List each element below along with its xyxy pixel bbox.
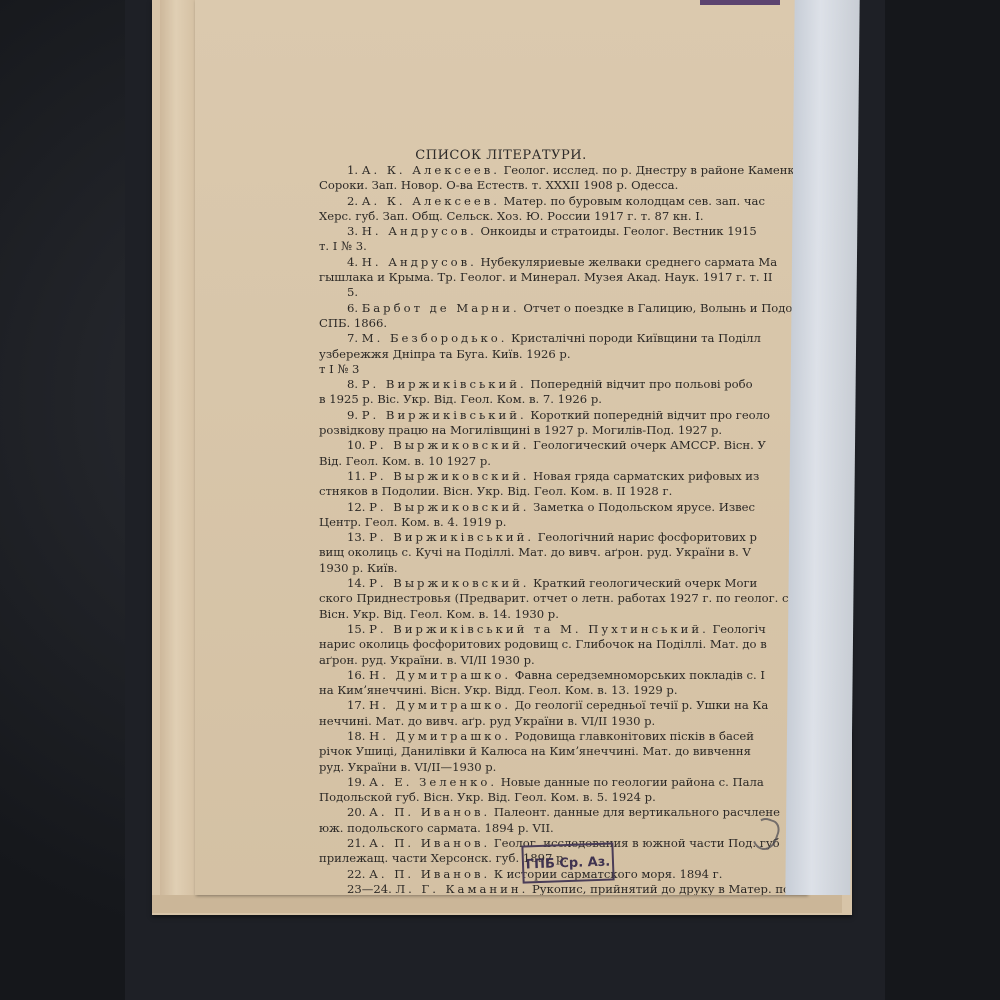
reference-continuation: на Кимʼянеччині. Вісн. Укр. Відд. Геол. … <box>319 683 793 698</box>
reference-author: Н. Андрусов. <box>362 255 477 269</box>
reference-entry: 15. Р. Виржиківський та М. Пухтинський. … <box>319 622 793 637</box>
reference-number: 15. <box>347 622 369 636</box>
reference-text: Новая гряда сарматских рифовых из <box>530 469 760 483</box>
reference-text: Геологіч <box>709 622 766 636</box>
reference-text: Новые данные по геологии района с. Пала <box>497 775 764 789</box>
reference-author: А. П. Иванов. <box>369 836 490 850</box>
reference-text: Онкоиды и стратоиды. Геолог. Вестник 191… <box>477 224 757 238</box>
page-text-area: 1. А. К. Алексеев. Геолог. исслед. по р.… <box>195 0 793 895</box>
reference-continuation: Від. Геол. Ком. в. 10 1927 р. <box>319 454 793 469</box>
reference-author: Р. Выржиковский. <box>369 438 529 452</box>
reference-entry: 19. А. Е. Зеленко. Новые данные по геоло… <box>319 775 793 790</box>
reference-continuation: узбережжя Дніпра та Буга. Київ. 1926 р. <box>319 347 793 362</box>
reference-text: Заметка о Подольском ярусе. Извес <box>530 500 756 514</box>
reference-number: 8. <box>347 377 362 391</box>
reference-continuation: нарис околиць фосфоритових родовищ с. Гл… <box>319 637 793 652</box>
reference-author: Л. Г. Каманин. <box>395 882 528 895</box>
reference-continuation: Вісн. Укр. Від. Геол. Ком. в. 14. 1930 р… <box>319 607 793 622</box>
reference-entry: 23—24. Л. Г. Каманин. Рукопис, прийнятий… <box>319 882 793 895</box>
reference-entry: 17. Н. Думитрашко. До геології середньої… <box>319 698 793 713</box>
reference-continuation: в 1925 р. Віс. Укр. Від. Геол. Ком. в. 7… <box>319 392 793 407</box>
reference-entry: 7. М. Безбородько. Кристалічні породи Ки… <box>319 331 793 346</box>
reference-entry: 11. Р. Выржиковский. Новая гряда сарматс… <box>319 469 793 484</box>
reference-author: Р. Выржиковский. <box>369 576 529 590</box>
reference-number: 23—24. <box>347 882 395 895</box>
reference-continuation: Центр. Геол. Ком. в. 4. 1919 р. <box>319 515 793 530</box>
reference-author: А. П. Иванов. <box>369 805 490 819</box>
blue-paper-strip <box>785 0 859 895</box>
reference-number: 5. <box>347 285 358 299</box>
reference-entry: 20. А. П. Иванов. Палеонт. данные для ве… <box>319 805 793 820</box>
reference-entry: 9. Р. Виржиківський. Короткий попередній… <box>319 408 793 423</box>
reference-author: А. Е. Зеленко. <box>369 775 497 789</box>
reference-text: Короткий попередній відчит про геоло <box>527 408 770 422</box>
reference-entry: 8. Р. Виржиківський. Попередній відчит п… <box>319 377 793 392</box>
reference-text: Палеонт. данные для вертикального расчле… <box>490 805 780 819</box>
reference-number: 18. <box>347 729 369 743</box>
reference-entry: 18. Н. Думитрашко. Родовища главконітови… <box>319 729 793 744</box>
reference-text: До геології середньої течії р. Ушки на К… <box>511 698 768 712</box>
reference-author: А. К. Алексеев. <box>362 163 500 177</box>
reference-text: Краткий геологический очерк Моги <box>530 576 758 590</box>
reference-number: 21. <box>347 836 369 850</box>
reference-entry: 6. Барбот де Марни. Отчет о поездке в Га… <box>319 301 793 316</box>
reference-entry: 3. Н. Андрусов. Онкоиды и стратоиды. Гео… <box>319 224 793 239</box>
reference-continuation: річок Ушиці, Данилівки й Калюса на Кимʼя… <box>319 744 793 759</box>
reference-text: Попередній відчит про польові робо <box>527 377 753 391</box>
reference-author: Н. Андрусов. <box>362 224 477 238</box>
reference-number: 16. <box>347 668 369 682</box>
reference-number: 12. <box>347 500 369 514</box>
reference-author: Р. Выржиковский. <box>369 500 529 514</box>
reference-author: Н. Думитрашко. <box>369 698 511 712</box>
reference-continuation: гышлака и Крыма. Тр. Геолог. и Минерал. … <box>319 270 793 285</box>
purple-tab <box>700 0 780 5</box>
page-bottom-edge <box>152 895 842 913</box>
reference-entry: 2. А. К. Алексеев. Матер. по буровым кол… <box>319 194 793 209</box>
reference-continuation: юж. подольского сармата. 1894 р. VII. <box>319 821 793 836</box>
reference-continuation: руд. України в. VI/II—1930 р. <box>319 760 793 775</box>
reference-continuation: СПБ. 1866. <box>319 316 793 331</box>
reference-continuation: ского Приднестровья (Предварит. отчет о … <box>319 591 793 606</box>
reference-number: 22. <box>347 867 369 881</box>
reference-number: 9. <box>347 408 362 422</box>
reference-text: Геолог. исслед. по р. Днестру в районе К… <box>500 163 793 177</box>
reference-number: 17. <box>347 698 369 712</box>
reference-entry: 13. Р. Виржиківський. Геологічний нарис … <box>319 530 793 545</box>
reference-number: 2. <box>347 194 362 208</box>
reference-continuation: Херс. губ. Зап. Общ. Сельск. Хоз. Ю. Рос… <box>319 209 793 224</box>
reference-text: Геологічний нарис фосфоритових р <box>534 530 757 544</box>
reference-continuation: Подольской губ. Вісн. Укр. Від. Геол. Ко… <box>319 790 793 805</box>
reference-author: Барбот де Марни. <box>362 301 520 315</box>
reference-text: Нубекуляриевые желваки среднего сармата … <box>477 255 777 269</box>
reference-author: Н. Думитрашко. <box>369 729 511 743</box>
reference-continuation: Сороки. Зап. Новор. О-ва Естеств. т. XXX… <box>319 178 793 193</box>
reference-number: 11. <box>347 469 369 483</box>
reference-number: 4. <box>347 255 362 269</box>
reference-list: 1. А. К. Алексеев. Геолог. исслед. по р.… <box>319 163 793 895</box>
reference-continuation: розвідкову працю на Могилівщині в 1927 р… <box>319 423 793 438</box>
reference-number: 13. <box>347 530 369 544</box>
reference-number: 19. <box>347 775 369 789</box>
library-stamp: ГПБ Ср. Аз. <box>521 842 614 883</box>
reference-continuation: т. I № 3. <box>319 239 793 254</box>
reference-text: Отчет о поездке в Галицию, Волынь и Подо… <box>520 301 793 315</box>
reference-number: 7. <box>347 331 362 345</box>
reference-number: 1. <box>347 163 362 177</box>
reference-number: 6. <box>347 301 362 315</box>
reference-author: Р. Виржиківський. <box>362 408 527 422</box>
reference-continuation: 1930 р. Київ. <box>319 561 793 576</box>
reference-continuation: аґрон. руд. України. в. VI/II 1930 р. <box>319 653 793 668</box>
reference-author: А. П. Иванов. <box>369 867 490 881</box>
reference-entry: 12. Р. Выржиковский. Заметка о Подольско… <box>319 500 793 515</box>
reference-continuation: стняков в Подолии. Вісн. Укр. Від. Геол.… <box>319 484 793 499</box>
reference-entry: 14. Р. Выржиковский. Краткий геологическ… <box>319 576 793 591</box>
reference-entry: 1. А. К. Алексеев. Геолог. исслед. по р.… <box>319 163 793 178</box>
reference-number: 10. <box>347 438 369 452</box>
reference-author: Р. Виржиківський. <box>369 530 534 544</box>
reference-author: А. К. Алексеев. <box>362 194 500 208</box>
reference-author: Р. Виржиківський. <box>362 377 527 391</box>
reference-author: Н. Думитрашко. <box>369 668 511 682</box>
reference-text: Рукопис, прийнятий до друку в Матер. по <box>528 882 790 895</box>
reference-text: Матер. по буровым колодцам сев. зап. час <box>500 194 765 208</box>
reference-text: Родовища главконітових пісків в басей <box>511 729 754 743</box>
reference-entry: 10. Р. Выржиковский. Геологический очерк… <box>319 438 793 453</box>
reference-text: Кристалічні породи Київщини та Поділл <box>507 331 760 345</box>
reference-entry: 16. Н. Думитрашко. Фавна середземноморсь… <box>319 668 793 683</box>
reference-author: М. Безбородько. <box>362 331 508 345</box>
reference-entry: 4. Н. Андрусов. Нубекуляриевые желваки с… <box>319 255 793 270</box>
reference-continuation: т I № 3 <box>319 362 793 377</box>
reference-continuation: вищ околиць с. Кучі на Поділлі. Мат. до … <box>319 545 793 560</box>
reference-number: 14. <box>347 576 369 590</box>
reference-author: Р. Выржиковский. <box>369 469 529 483</box>
reference-author: Р. Виржиківський та М. Пухтинський. <box>369 622 709 636</box>
reference-text: Фавна середземноморських покладів с. І <box>511 668 765 682</box>
reference-continuation: неччині. Мат. до вивч. аґр. руд України … <box>319 714 793 729</box>
reference-text: Геологический очерк АМССР. Вісн. У <box>530 438 766 452</box>
reference-number: 20. <box>347 805 369 819</box>
reference-number: 3. <box>347 224 362 238</box>
reference-entry: 5. <box>319 285 793 300</box>
